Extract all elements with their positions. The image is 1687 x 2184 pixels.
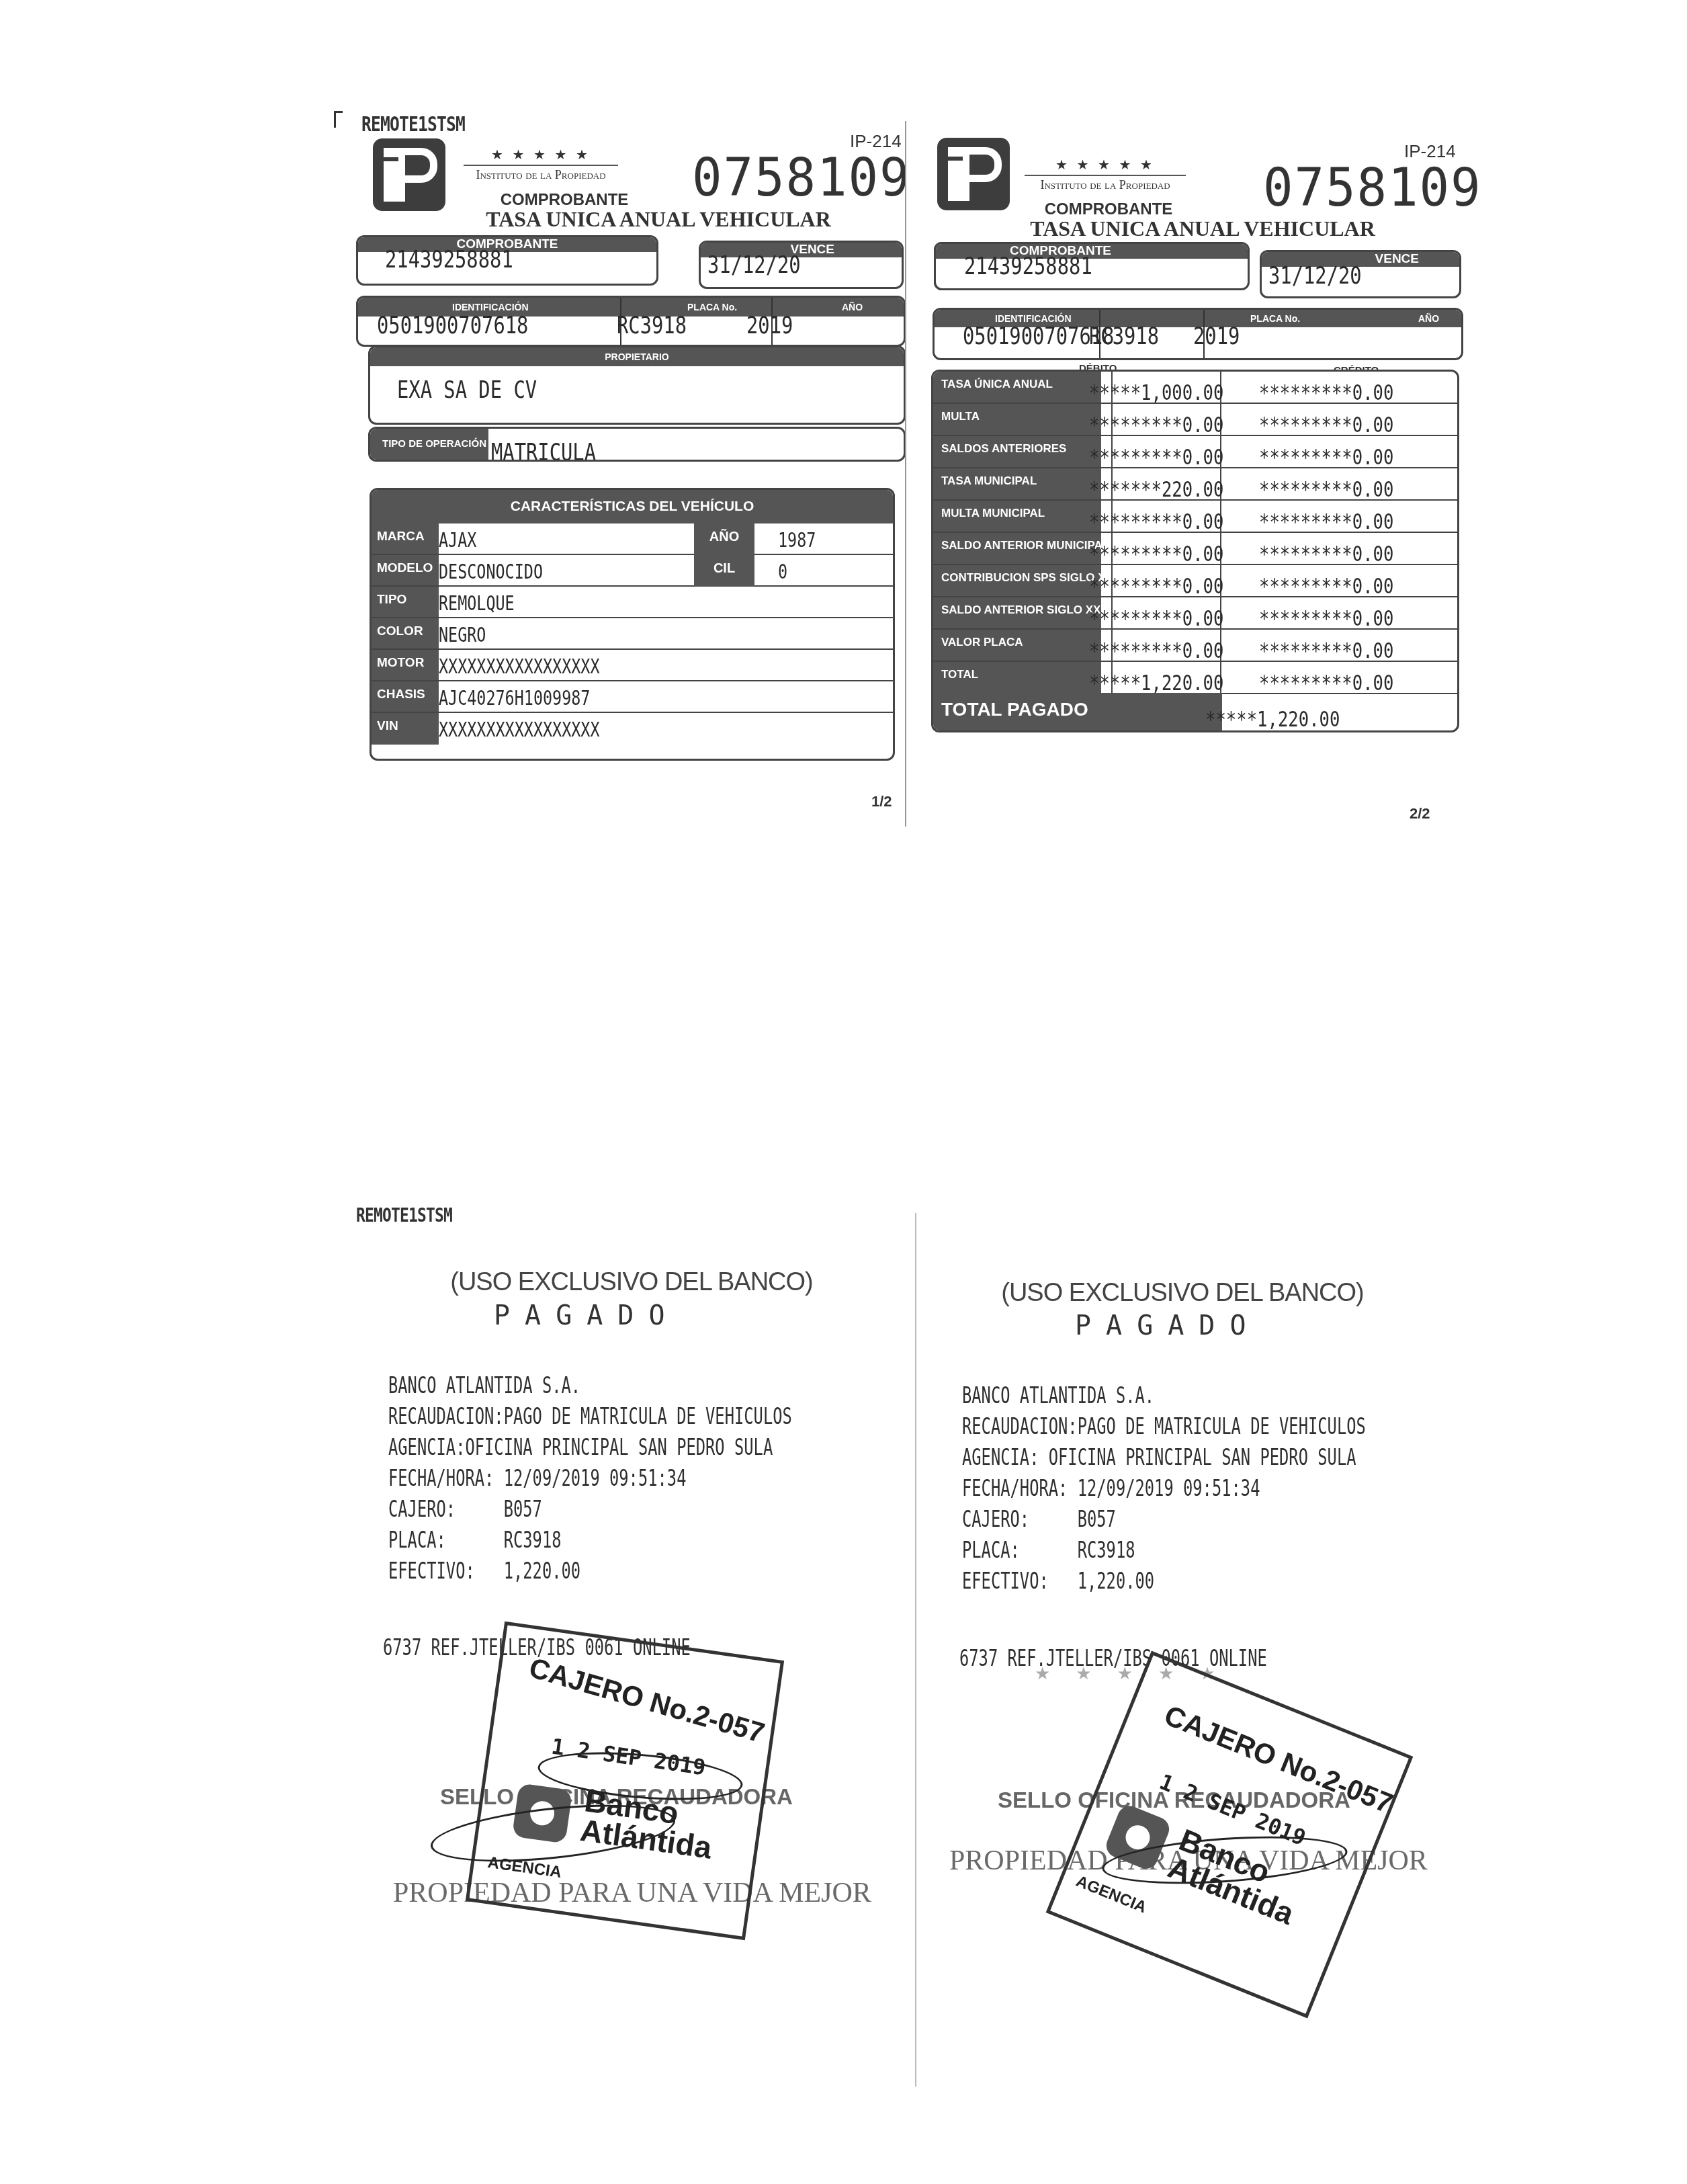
- anio-label: AÑO: [1418, 310, 1439, 327]
- chasis-value: AJC40276H1009987: [439, 687, 590, 710]
- color-label: COLOR: [372, 618, 439, 648]
- charge-label: TASA ÚNICA ANUAL: [933, 372, 1101, 403]
- remote-tag: REMOTE1STSM: [361, 113, 465, 136]
- receipt-line: CAJERO: B057: [388, 1496, 542, 1522]
- comprobante-value: 21439258881: [964, 255, 1191, 279]
- identificacion-value: 0501900707618: [377, 314, 528, 338]
- institution-mark: ★ ★ ★ ★ ★ Instituto de la Propiedad: [1025, 157, 1186, 192]
- vehicle-table-title: CARACTERÍSTICAS DEL VEHÍCULO: [372, 490, 893, 523]
- modelo-value: DESCONOCIDO: [439, 560, 543, 584]
- vehicle-anio-value: 1987: [778, 529, 816, 552]
- ip-logo-icon: [373, 138, 445, 211]
- anio-value: 2019: [746, 314, 793, 338]
- charge-label: MULTA: [933, 404, 1101, 435]
- receipt-line: RECAUDACION:PAGO DE MATRICULA DE VEHICUL…: [388, 1403, 792, 1429]
- vehicle-row-vin: VIN XXXXXXXXXXXXXXXXX: [372, 713, 893, 745]
- identificacion-row: IDENTIFICACIÓN PLACA No. AÑO 05019007076…: [356, 296, 906, 347]
- vehicle-row-modelo: MODELO DESCONOCIDO: [372, 555, 893, 587]
- charge-row: SALDOS ANTERIORES*********0.00*********0…: [933, 436, 1457, 468]
- folio-number: 0758109: [1263, 158, 1482, 218]
- institution-name: Instituto de la Propiedad: [1025, 178, 1186, 192]
- charge-debito: *****1,000.00: [1089, 380, 1223, 405]
- receipt-line: BANCO ATLANTIDA S.A.: [388, 1372, 580, 1398]
- chasis-label: CHASIS: [372, 681, 439, 712]
- charge-debito: *********0.00: [1089, 541, 1223, 566]
- pagado-label: PAGADO: [494, 1300, 680, 1331]
- charge-row: VALOR PLACA*********0.00*********0.00: [933, 630, 1457, 662]
- total-pagado-label: TOTAL PAGADO: [933, 693, 1222, 730]
- ip-logo-icon: [937, 138, 1010, 210]
- vence-field: VENCE 31/12/20: [1260, 250, 1461, 298]
- charge-label: TASA MUNICIPAL: [933, 468, 1101, 499]
- charge-row: TASA ÚNICA ANUAL*****1,000.00*********0.…: [933, 372, 1457, 404]
- remote-tag-bank: REMOTE1STSM: [356, 1204, 452, 1226]
- charge-credito: *********0.00: [1259, 573, 1393, 599]
- receipt-line: AGENCIA: OFICINA PRINCIPAL SAN PEDRO SUL…: [962, 1444, 1356, 1470]
- charge-row: SALDO ANTERIOR MUNICIPAL*********0.00***…: [933, 533, 1457, 565]
- institution-mark: ★ ★ ★ ★ ★ Instituto de la Propiedad: [464, 146, 618, 182]
- propietario-field: PROPIETARIO EXA SA DE CV: [368, 345, 906, 425]
- charge-debito: *********0.00: [1089, 509, 1223, 534]
- vehicle-cil-value: 0: [778, 560, 787, 584]
- charge-row: TASA MUNICIPAL*******220.00*********0.00: [933, 468, 1457, 501]
- charge-label: CONTRIBUCION SPS SIGLO XXI: [933, 565, 1101, 596]
- receipt-line: AGENCIA:OFICINA PRINCIPAL SAN PEDRO SULA: [388, 1434, 773, 1460]
- motor-label: MOTOR: [372, 650, 439, 680]
- receipt-line: FECHA/HORA: 12/09/2019 09:51:34: [962, 1475, 1260, 1501]
- charge-credito: *********0.00: [1259, 476, 1393, 502]
- charge-credito: *********0.00: [1259, 444, 1393, 470]
- charge-credito: *********0.00: [1259, 638, 1393, 663]
- voucher-title: TASA UNICA ANUAL VEHICULAR: [1008, 216, 1397, 241]
- vehicle-row-tipo: TIPO REMOLQUE: [372, 587, 893, 618]
- charge-debito: *********0.00: [1089, 605, 1223, 631]
- charge-debito: *********0.00: [1089, 638, 1223, 663]
- comprobante-value: 21439258881: [385, 248, 602, 272]
- vehicle-cil-label: CIL: [694, 555, 754, 587]
- total-pagado-value: *****1,220.00: [1205, 706, 1340, 732]
- bank-use-header: (USO EXCLUSIVO DEL BANCO): [988, 1279, 1377, 1308]
- marca-value: AJAX: [439, 529, 476, 552]
- charge-row: TOTAL*****1,220.00*********0.00: [933, 662, 1457, 694]
- charge-label: TOTAL: [933, 662, 1101, 693]
- folio-number: 0758109: [692, 148, 911, 208]
- placa-label: PLACA No.: [1250, 310, 1300, 327]
- stars-icon: ★ ★ ★ ★ ★: [1025, 157, 1186, 173]
- charge-credito: *********0.00: [1259, 541, 1393, 566]
- receipt-line: EFECTIVO: 1,220.00: [388, 1558, 580, 1584]
- receipt-line: FECHA/HORA: 12/09/2019 09:51:34: [388, 1465, 686, 1491]
- receipt-line: PLACA: RC3918: [388, 1527, 561, 1553]
- tipo-operacion-label: TIPO DE OPERACIÓN: [370, 429, 488, 460]
- charge-debito: *********0.00: [1089, 573, 1223, 599]
- charge-label: SALDO ANTERIOR MUNICIPAL: [933, 533, 1101, 564]
- propietario-value: EXA SA DE CV: [397, 378, 802, 403]
- stars-icon: ★ ★ ★ ★ ★: [464, 146, 618, 163]
- modelo-label: MODELO: [372, 555, 439, 585]
- charge-credito: *********0.00: [1259, 412, 1393, 437]
- marca-label: MARCA: [372, 523, 439, 554]
- charge-label: SALDO ANTERIOR SIGLO XXI: [933, 597, 1101, 628]
- bank-use-header: (USO EXCLUSIVO DEL BANCO): [437, 1268, 826, 1297]
- tipo-operacion-value: MATRICULA: [491, 441, 596, 462]
- receipt-line: RECAUDACION:PAGO DE MATRICULA DE VEHICUL…: [962, 1413, 1366, 1439]
- institution-name: Instituto de la Propiedad: [464, 168, 618, 182]
- right-bank-stamp: CAJERO No.2-057 1 2 SEP 2019 Banco Atlán…: [1046, 1651, 1414, 2019]
- charge-debito: *********0.00: [1089, 444, 1223, 470]
- placa-label: PLACA No.: [687, 298, 737, 317]
- charge-debito: *******220.00: [1089, 476, 1223, 502]
- vehicle-characteristics-table: CARACTERÍSTICAS DEL VEHÍCULO MARCA AJAX …: [370, 488, 895, 761]
- charge-row: SALDO ANTERIOR SIGLO XXI*********0.00***…: [933, 597, 1457, 630]
- vence-value: 31/12/20: [1268, 264, 1421, 288]
- receipt-line: CAJERO: B057: [962, 1506, 1116, 1532]
- charge-label: VALOR PLACA: [933, 630, 1101, 661]
- charge-label: SALDOS ANTERIORES: [933, 436, 1101, 467]
- vence-value: 31/12/20: [707, 253, 863, 278]
- placa-value: RC3918: [1089, 325, 1159, 349]
- charge-credito: *********0.00: [1259, 605, 1393, 631]
- vehicle-anio-label: AÑO: [694, 523, 754, 555]
- receipt-line: BANCO ATLANTIDA S.A.: [962, 1382, 1154, 1409]
- vehicle-row-motor: MOTOR XXXXXXXXXXXXXXXXX: [372, 650, 893, 681]
- charge-row: MULTA MUNICIPAL*********0.00*********0.0…: [933, 501, 1457, 533]
- vehicle-row-color: COLOR NEGRO: [372, 618, 893, 650]
- color-value: NEGRO: [439, 624, 486, 647]
- charge-row: CONTRIBUCION SPS SIGLO XXI*********0.00*…: [933, 565, 1457, 597]
- comprobante-field-2: COMPROBANTE 21439258881: [934, 242, 1250, 290]
- tipo-value: REMOLQUE: [439, 592, 515, 616]
- charge-credito: *********0.00: [1259, 670, 1393, 696]
- charge-debito: *********0.00: [1089, 412, 1223, 437]
- page-number-1: 1/2: [871, 793, 892, 810]
- charge-row: MULTA*********0.00*********0.00: [933, 404, 1457, 436]
- comprobante-field: COMPROBANTE 21439258881: [356, 235, 658, 286]
- identificacion-row: IDENTIFICACIÓN PLACA No. AÑO 05019007076…: [933, 308, 1463, 360]
- charge-credito: *********0.00: [1259, 380, 1393, 405]
- fold-line: [915, 1213, 916, 2087]
- vehicle-row-chasis: CHASIS AJC40276H1009987: [372, 681, 893, 713]
- receipt-line: EFECTIVO: 1,220.00: [962, 1568, 1154, 1594]
- charge-label: MULTA MUNICIPAL: [933, 501, 1101, 532]
- fold-line: [905, 121, 906, 827]
- pagado-label: PAGADO: [1075, 1310, 1261, 1341]
- placa-value: RC3918: [617, 314, 687, 338]
- charge-debito: *****1,220.00: [1089, 670, 1223, 696]
- vin-label: VIN: [372, 713, 439, 745]
- page-number-2: 2/2: [1410, 805, 1430, 823]
- vin-value: XXXXXXXXXXXXXXXXX: [439, 718, 599, 742]
- voucher-title: TASA UNICA ANUAL VEHICULAR: [470, 207, 847, 232]
- tipo-operacion-field: TIPO DE OPERACIÓN MATRICULA: [368, 427, 906, 462]
- receipt-line: PLACA: RC3918: [962, 1537, 1135, 1563]
- anio-label: AÑO: [842, 298, 863, 317]
- anio-value: 2019: [1193, 325, 1240, 349]
- motor-value: XXXXXXXXXXXXXXXXX: [439, 655, 599, 679]
- charges-table: TASA ÚNICA ANUAL*****1,000.00*********0.…: [931, 370, 1459, 732]
- tipo-label: TIPO: [372, 587, 439, 617]
- propietario-label: PROPIETARIO: [370, 347, 904, 366]
- vence-field: VENCE 31/12/20: [699, 241, 904, 289]
- charge-credito: *********0.00: [1259, 509, 1393, 534]
- fold-corner-mark: [334, 111, 343, 128]
